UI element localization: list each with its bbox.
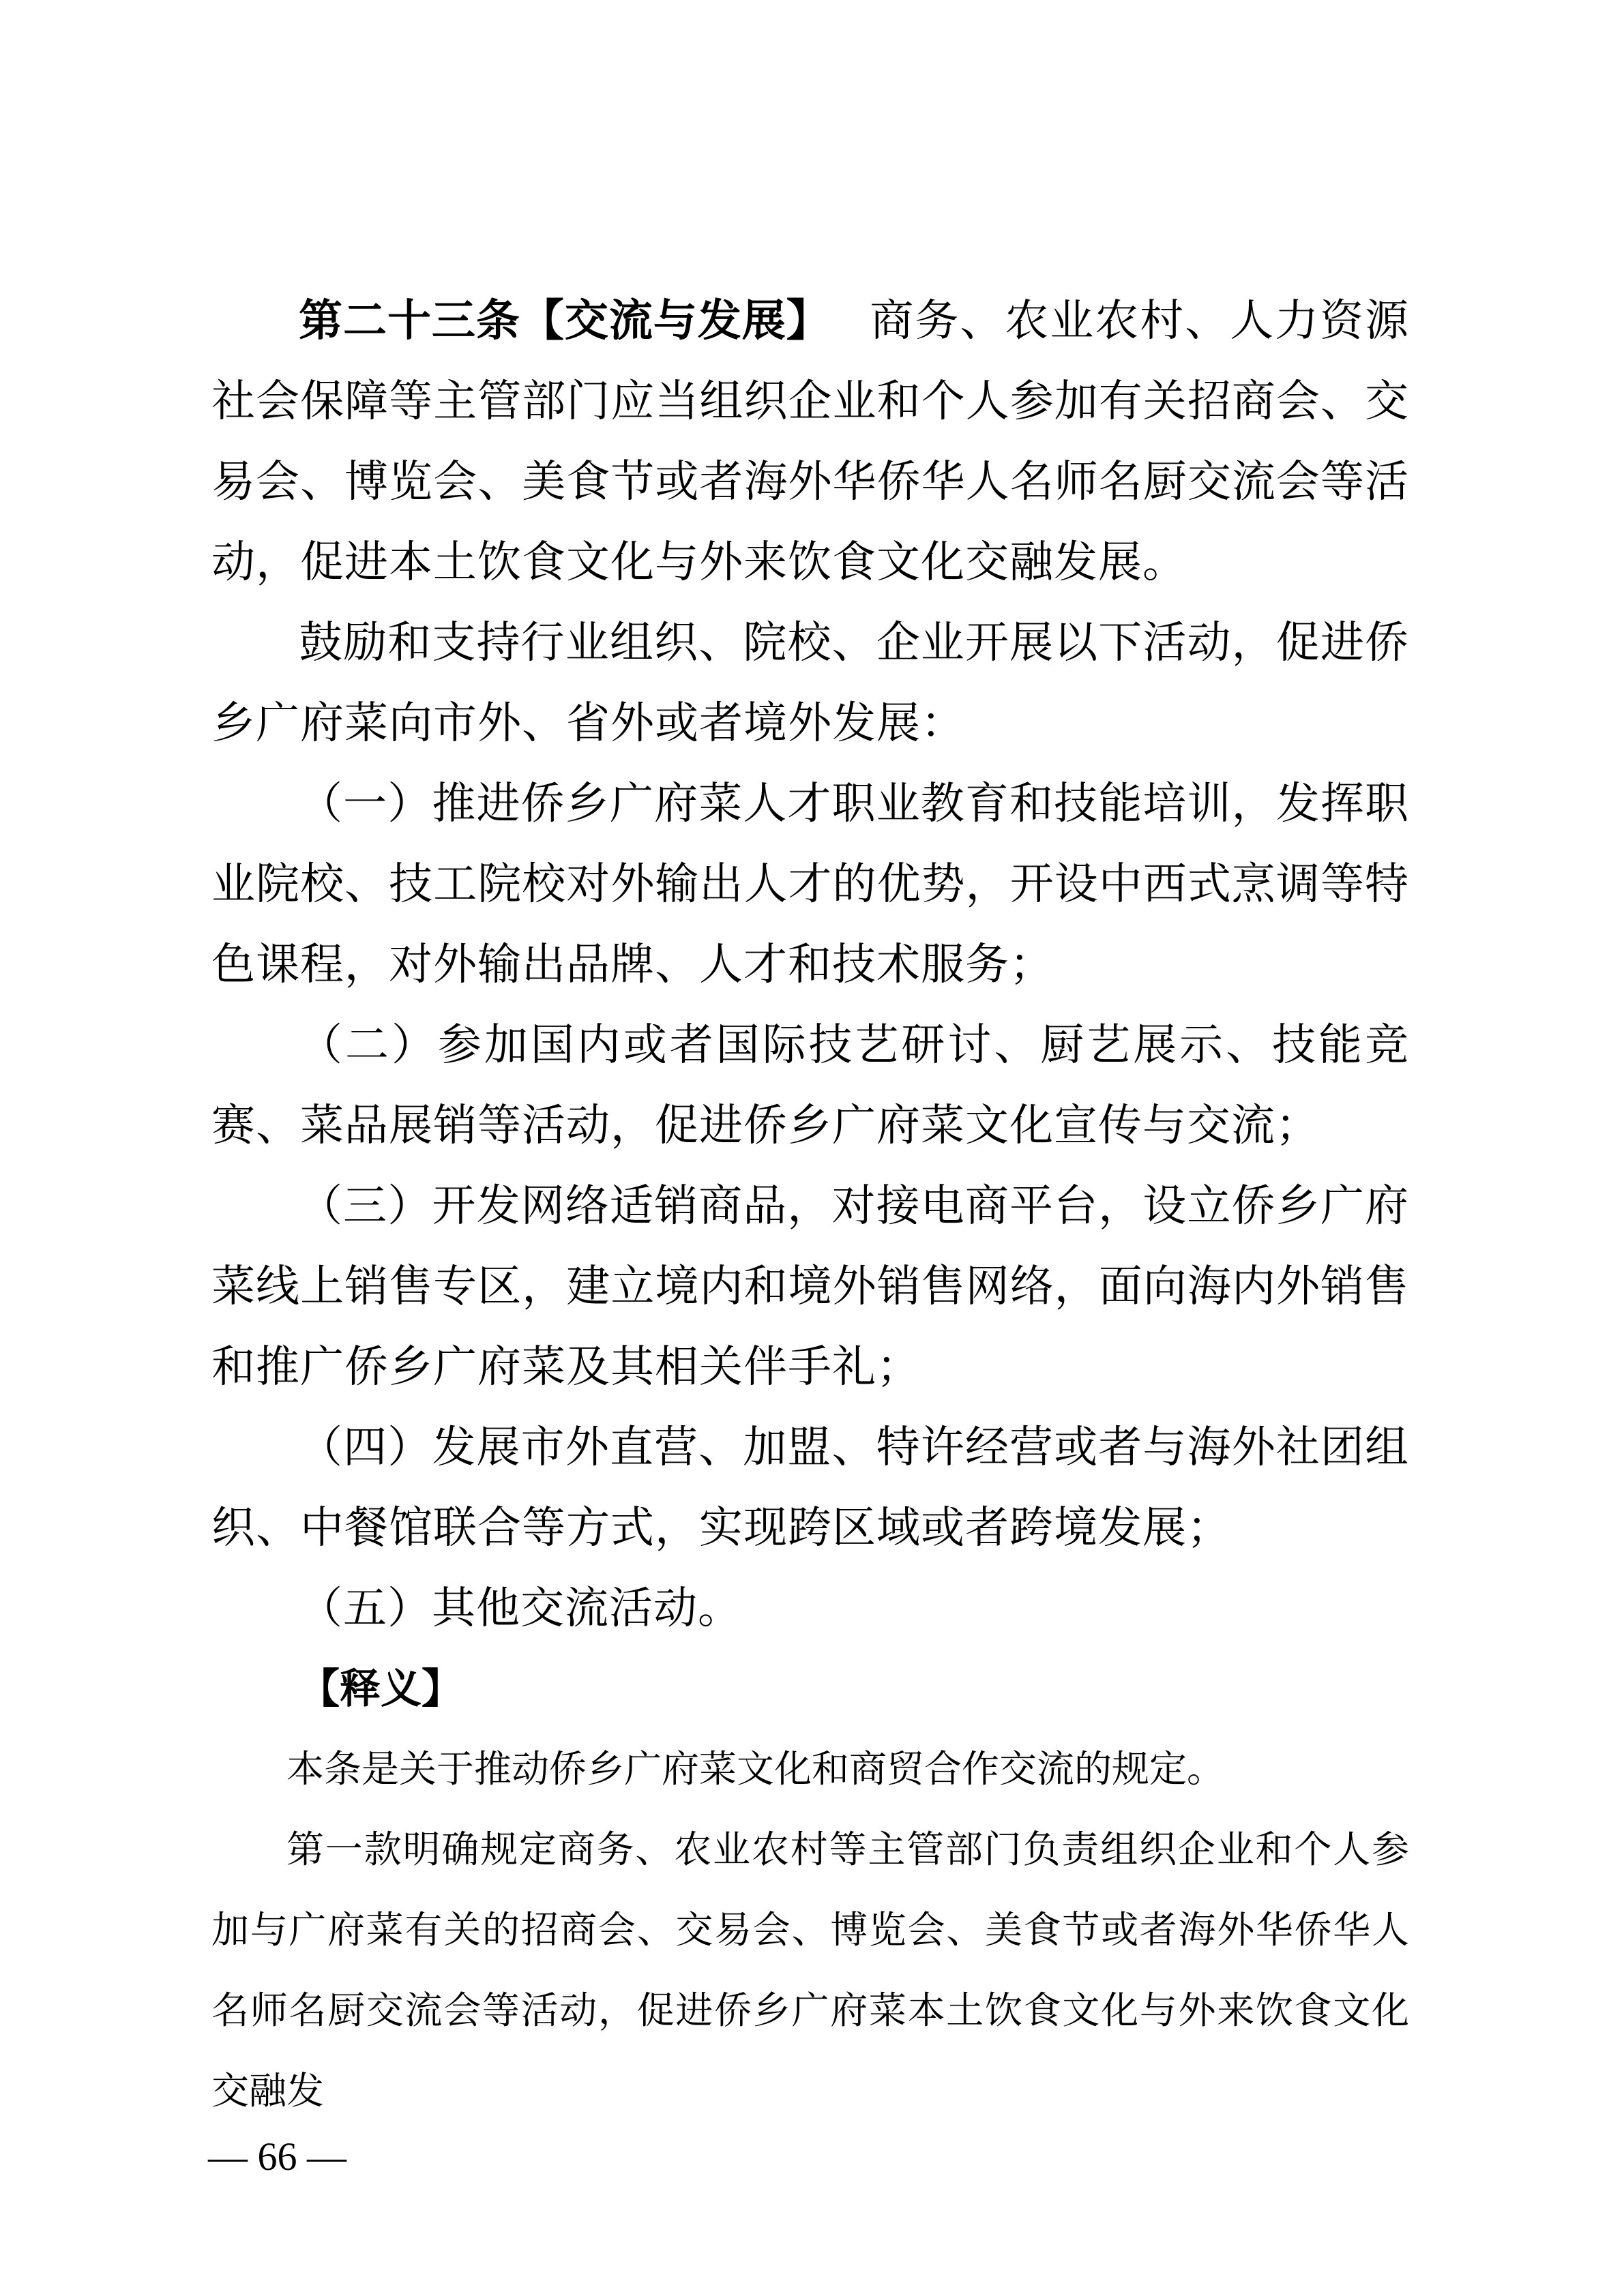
annotation-paragraph: 第一款明确规定商务、农业农村等主管部门负责组织企业和个人参加与广府菜有关的招商会… — [211, 1810, 1409, 2132]
article-paragraph: （二）参加国内或者国际技艺研讨、厨艺展示、技能竞赛、菜品展销等活动，促进侨乡广府… — [211, 1005, 1409, 1166]
page-number: — 66 — — [208, 2137, 346, 2177]
document-content: 第二十三条【交流与发展】商务、农业农村、人力资源社会保障等主管部门应当组织企业和… — [211, 280, 1409, 2132]
article-clause-heading: 第二十三条【交流与发展】 — [299, 296, 831, 345]
article-paragraph: （三）开发网络适销商品，对接电商平台，设立侨乡广府菜线上销售专区，建立境内和境外… — [211, 1166, 1409, 1407]
interpretation-heading: 【释义】 — [211, 1649, 1409, 1729]
article-paragraph: （四）发展市外直营、加盟、特许经营或者与海外社团组织、中餐馆联合等方式，实现跨区… — [211, 1407, 1409, 1568]
article-paragraph: （一）推进侨乡广府菜人才职业教育和技能培训，发挥职业院校、技工院校对外输出人才的… — [211, 764, 1409, 1005]
article-paragraph: 鼓励和支持行业组织、院校、企业开展以下活动，促进侨乡广府菜向市外、省外或者境外发… — [211, 603, 1409, 764]
document-page: 第二十三条【交流与发展】商务、农业农村、人力资源社会保障等主管部门应当组织企业和… — [0, 0, 1624, 2296]
article-paragraph: 第二十三条【交流与发展】商务、农业农村、人力资源社会保障等主管部门应当组织企业和… — [211, 280, 1409, 603]
article-paragraph: （五）其他交流活动。 — [211, 1568, 1409, 1649]
annotation-paragraph: 本条是关于推动侨乡广府菜文化和商贸合作交流的规定。 — [211, 1729, 1409, 1810]
